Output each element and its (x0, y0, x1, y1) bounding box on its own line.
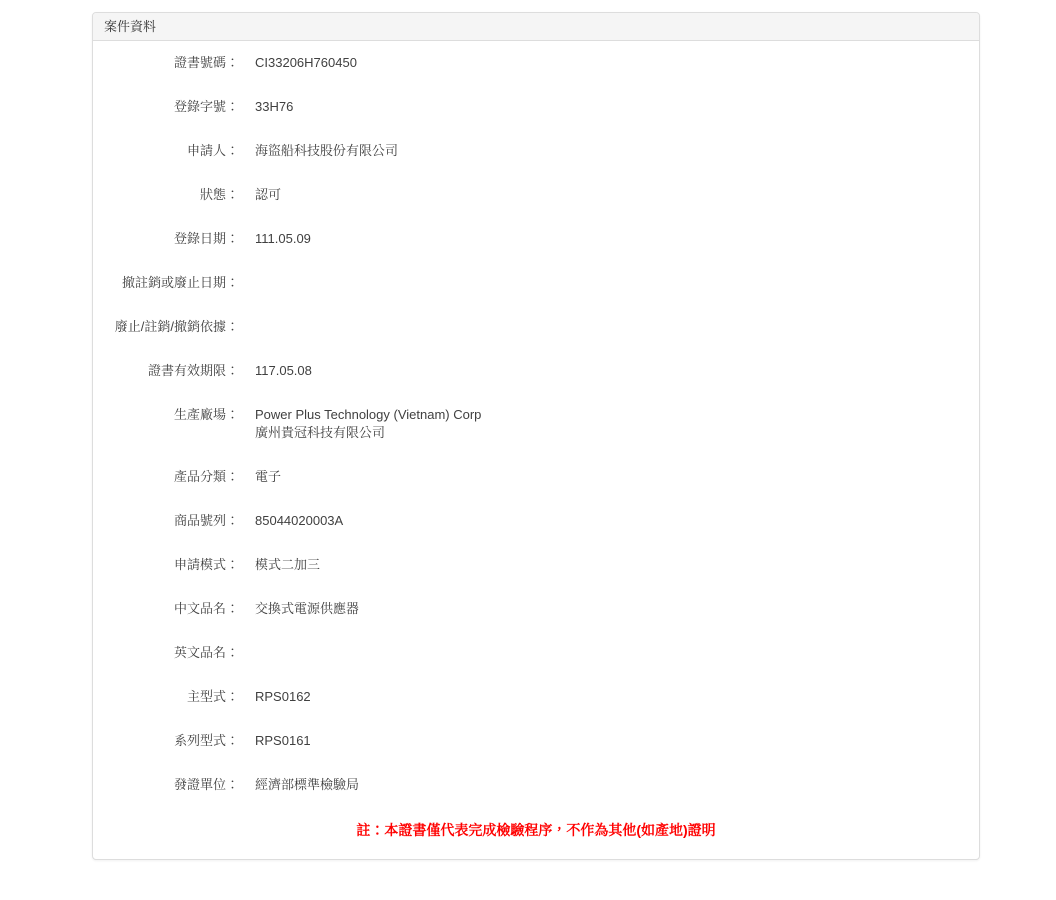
field-value: CI33206H760450 (255, 54, 357, 72)
field-value: 33H76 (255, 98, 293, 116)
field-value: 電子 (255, 468, 281, 486)
field-label: 產品分類： (93, 468, 239, 486)
field-row: 主型式： RPS0162 (93, 675, 979, 719)
field-value: 模式二加三 (255, 556, 320, 574)
field-row: 英文品名： (93, 631, 979, 675)
field-label: 中文品名： (93, 600, 239, 618)
field-value: 111.05.09 (255, 230, 311, 248)
field-value: 海盜船科技股份有限公司 (255, 142, 398, 160)
case-info-body: 證書號碼： CI33206H760450 登錄字號： 33H76 申請人： 海盜… (93, 41, 979, 859)
field-row: 登錄字號： 33H76 (93, 85, 979, 129)
field-label: 生產廠場： (93, 406, 239, 424)
page: 案件資料 證書號碼： CI33206H760450 登錄字號： 33H76 申請… (0, 0, 1056, 900)
field-value: Power Plus Technology (Vietnam) Corp 廣州貴… (255, 406, 481, 442)
field-row: 生產廠場： Power Plus Technology (Vietnam) Co… (93, 393, 979, 455)
case-info-panel: 案件資料 證書號碼： CI33206H760450 登錄字號： 33H76 申請… (92, 12, 980, 860)
field-row: 發證單位： 經濟部標準檢驗局 (93, 763, 979, 807)
field-value: 交換式電源供應器 (255, 600, 359, 618)
field-row: 商品號列： 85044020003A (93, 499, 979, 543)
field-value: RPS0161 (255, 732, 311, 750)
field-label: 證書有效期限： (93, 362, 239, 380)
field-label: 系列型式： (93, 732, 239, 750)
field-value: 經濟部標準檢驗局 (255, 776, 359, 794)
field-row: 登錄日期： 111.05.09 (93, 217, 979, 261)
panel-title: 案件資料 (93, 13, 979, 41)
field-label: 申請人： (93, 142, 239, 160)
certificate-note: 註：本證書僅代表完成檢驗程序，不作為其他(如產地)證明 (93, 807, 979, 855)
field-label: 商品號列： (93, 512, 239, 530)
field-row: 廢止/註銷/撤銷依據： (93, 305, 979, 349)
field-value: 認可 (255, 186, 281, 204)
field-row: 系列型式： RPS0161 (93, 719, 979, 763)
field-value: 117.05.08 (255, 362, 312, 380)
field-row: 撤註銷或廢止日期： (93, 261, 979, 305)
field-label: 申請模式： (93, 556, 239, 574)
field-row: 證書號碼： CI33206H760450 (93, 41, 979, 85)
field-label: 主型式： (93, 688, 239, 706)
field-list: 證書號碼： CI33206H760450 登錄字號： 33H76 申請人： 海盜… (93, 41, 979, 807)
field-label: 證書號碼： (93, 54, 239, 72)
field-label: 登錄日期： (93, 230, 239, 248)
field-row: 產品分類： 電子 (93, 455, 979, 499)
field-row: 證書有效期限： 117.05.08 (93, 349, 979, 393)
field-label: 英文品名： (93, 644, 239, 662)
field-label: 撤註銷或廢止日期： (93, 274, 239, 292)
field-row: 狀態： 認可 (93, 173, 979, 217)
field-row: 中文品名： 交換式電源供應器 (93, 587, 979, 631)
field-value: RPS0162 (255, 688, 311, 706)
field-label: 狀態： (93, 186, 239, 204)
field-label: 發證單位： (93, 776, 239, 794)
field-row: 申請模式： 模式二加三 (93, 543, 979, 587)
field-label: 廢止/註銷/撤銷依據： (93, 318, 239, 336)
field-row: 申請人： 海盜船科技股份有限公司 (93, 129, 979, 173)
field-value: 85044020003A (255, 512, 343, 530)
field-label: 登錄字號： (93, 98, 239, 116)
